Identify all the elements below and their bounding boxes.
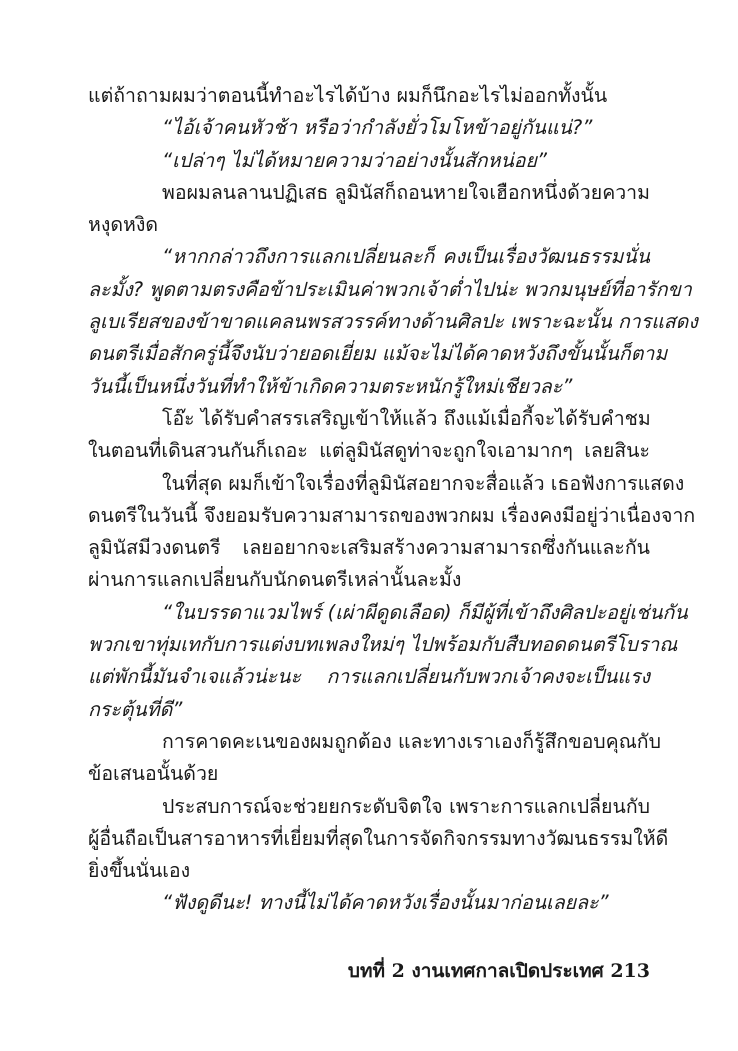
dialogue-line: กระตุ้นที่ดี”	[88, 694, 650, 726]
narration-line: ยิ่งขึ้นนั่นเอง	[88, 855, 650, 887]
narration-line: ข้อเสนอนั้นด้วย	[88, 758, 650, 790]
narration-line: การคาดคะเนของผมถูกต้อง และทางเราเองก็รู้…	[88, 726, 650, 758]
dialogue-line: วันนี้เป็นหนึ่งวันที่ทำให้ข้าเกิดความตระ…	[88, 371, 650, 403]
dialogue-line: ละมั้ง? พูดตามตรงคือข้าประเมินค่าพวกเจ้า…	[88, 274, 650, 306]
dialogue-line: “ไอ้เจ้าคนหัวช้า หรือว่ากำลังยั่วโมโหข้า…	[88, 112, 650, 144]
dialogue-line: ดนตรีเมื่อสักครู่นี้จึงนับว่ายอดเยี่ยม แ…	[88, 338, 650, 370]
dialogue-line: “หากกล่าวถึงการแลกเปลี่ยนละก็ คงเป็นเรื่…	[88, 241, 650, 273]
narration-line: โอ๊ะ ได้รับคำสรรเสริญเข้าให้แล้ว ถึงแม้เ…	[88, 403, 650, 435]
narration-line: ประสบการณ์จะช่วยยกระดับจิตใจ เพราะการแลก…	[88, 791, 650, 823]
narration-line: ผ่านการแลกเปลี่ยนกับนักดนตรีเหล่านั้นละม…	[88, 564, 650, 596]
running-footer: บทที่ 2 งานเทศกาลเปิดประเทศ 213	[348, 956, 650, 986]
narration-line: พอผมลนลานปฏิเสธ ลูมินัสก็ถอนหายใจเฮือกหน…	[88, 177, 650, 209]
dialogue-line: แต่พักนี้มันจำเจแล้วน่ะนะ การแลกเปลี่ยนก…	[88, 661, 650, 693]
narration-line: หงุดหงิด	[88, 209, 650, 241]
dialogue-line: พวกเขาทุ่มเทกับการแต่งบทเพลงใหม่ๆ ไปพร้อ…	[88, 629, 650, 661]
narration-line: ในตอนที่เดินสวนกันก็เถอะ แต่ลูมินัสดูท่า…	[88, 435, 650, 467]
narration-line: ผู้อื่นถือเป็นสารอาหารที่เยี่ยมที่สุดในก…	[88, 823, 650, 855]
dialogue-line: ลูเบเรียสของข้าขาดแคลนพรสวรรค์ทางด้านศิล…	[88, 306, 650, 338]
narration-line: ดนตรีในวันนี้ จึงยอมรับความสามารถของพวกผ…	[88, 500, 650, 532]
narration-line: ในที่สุด ผมก็เข้าใจเรื่องที่ลูมินัสอยากจ…	[88, 468, 650, 500]
dialogue-line: “เปล่าๆ ไม่ได้หมายความว่าอย่างนั้นสักหน่…	[88, 145, 650, 177]
book-page-body: แต่ถ้าถามผมว่าตอนนี้ทำอะไรได้บ้าง ผมก็นึ…	[88, 80, 650, 920]
narration-line: แต่ถ้าถามผมว่าตอนนี้ทำอะไรได้บ้าง ผมก็นึ…	[88, 80, 650, 112]
dialogue-line: “ฟังดูดีนะ! ทางนี้ไม่ได้คาดหวังเรื่องนั้…	[88, 887, 650, 919]
narration-line: ลูมินัสมีวงดนตรี เลยอยากจะเสริมสร้างความ…	[88, 532, 650, 564]
dialogue-line: “ในบรรดาแวมไพร์ (เผ่าผีดูดเลือด) ก็มีผู้…	[88, 597, 650, 629]
